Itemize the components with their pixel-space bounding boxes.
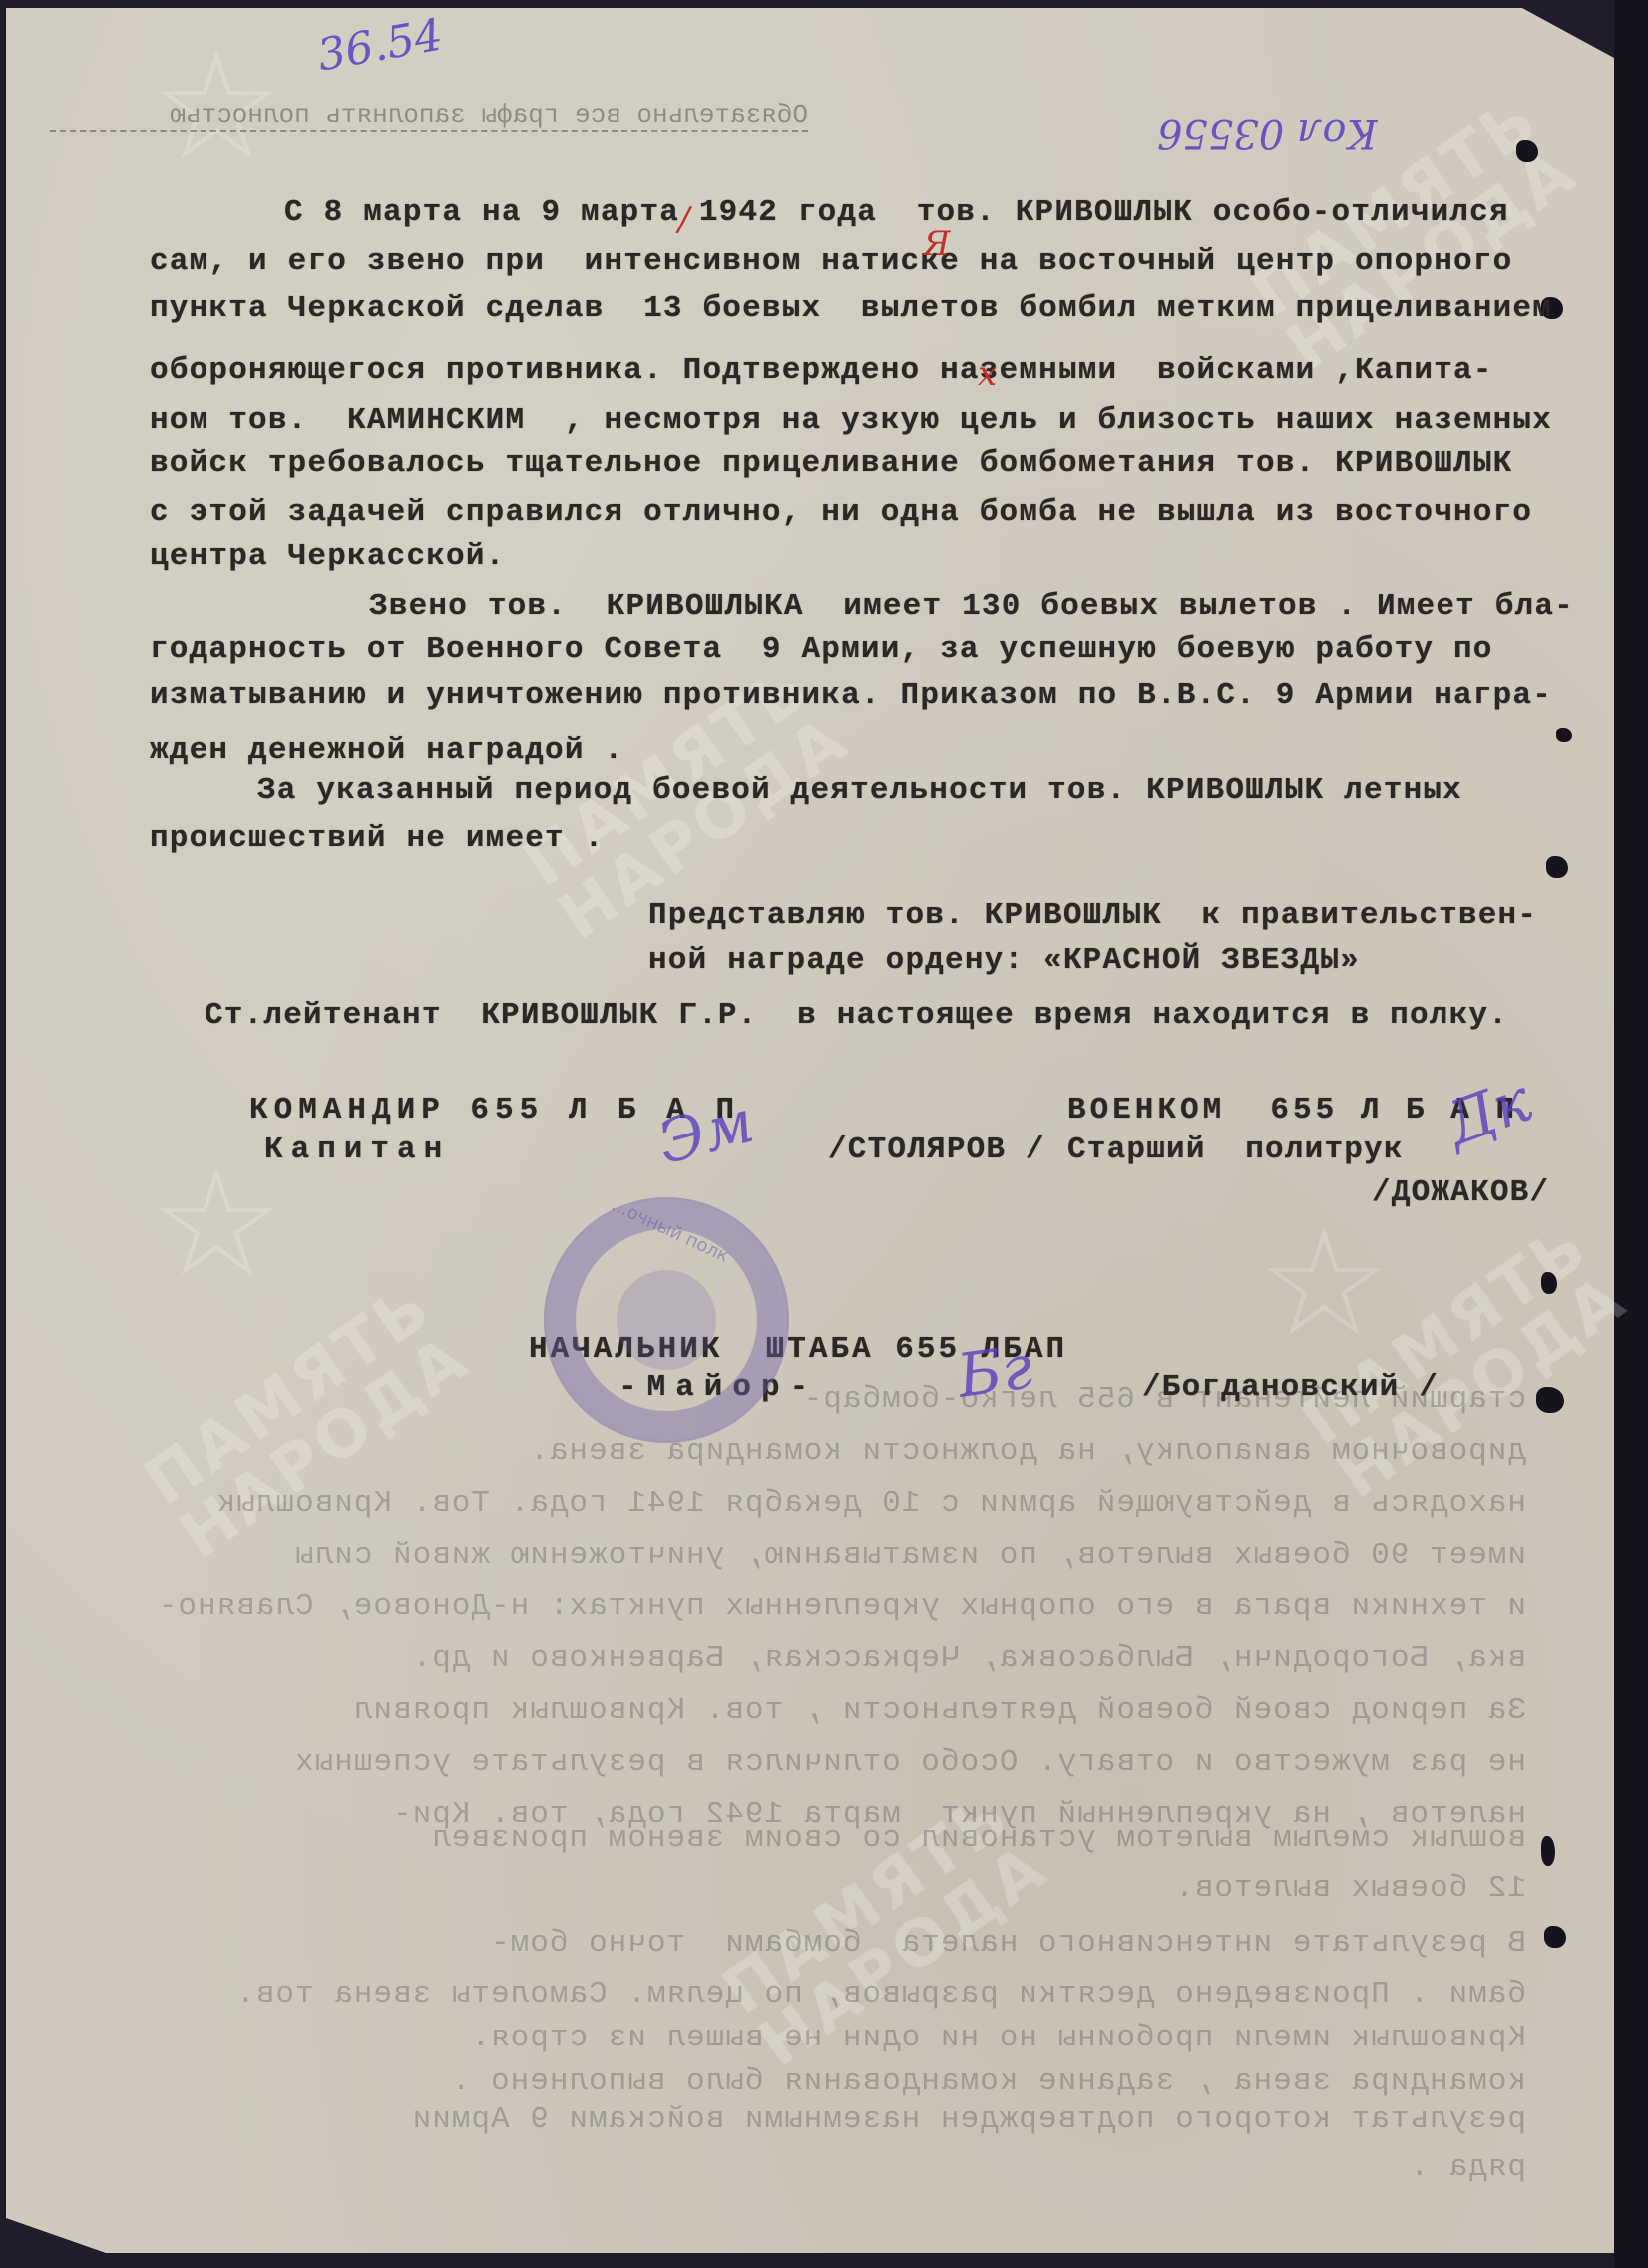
commissar-name: /ДОЖАКОВ/ [1372, 1175, 1549, 1210]
body-line: За указанный период боевой деятельности … [257, 773, 1462, 808]
punch-hole [1536, 1387, 1564, 1413]
body-line: С 8 марта на 9 марта 1942 года тов. КРИВ… [284, 195, 1509, 229]
body-line: сам, и его звено при интенсивном натиске… [150, 244, 1512, 279]
body-line: пункта Черкаской сделав 13 боевых вылето… [150, 291, 1552, 326]
body-line: центра Черкасской. [150, 539, 505, 574]
body-line: Звено тов. КРИВОШЛЫКА имеет 130 боевых в… [369, 589, 1574, 624]
commander-name: /СТОЛЯРОВ / [828, 1133, 1045, 1167]
red-correction-mark: / [678, 200, 689, 239]
body-line: годарность от Военного Совета 9 Армии, з… [150, 632, 1493, 667]
punch-hole [1541, 1272, 1557, 1294]
chief-of-staff-name: /Богдановский / [1142, 1370, 1439, 1405]
body-line: войск требовалось тщательное прицеливани… [150, 446, 1512, 481]
punch-hole [1544, 1926, 1566, 1948]
body-line: Представляю тов. КРИВОШЛЫК к правительст… [648, 898, 1537, 933]
chief-of-staff-signature: Бг [953, 1332, 1035, 1412]
red-correction-mark: х [978, 354, 997, 394]
punch-hole [1516, 140, 1538, 162]
body-line: ном тов. КАМИНСКИМ , несмотря на узкую ц… [150, 403, 1552, 438]
archive-number-handwritten: Кол 03556 [1157, 110, 1377, 156]
document-page [6, 8, 1614, 2253]
red-correction-mark: Я [923, 225, 950, 264]
official-stamp: ...очный полк [544, 1197, 789, 1443]
commissar-rank: Старший политрук [1067, 1133, 1404, 1167]
body-line: с этой задачей справился отлично, ни одн… [150, 495, 1532, 530]
body-line: жден денежной наградой . [150, 733, 623, 768]
scan-border [1614, 0, 1648, 2268]
stamp-emblem [617, 1270, 716, 1370]
body-line: обороняющегося противника. Подтверждено … [150, 353, 1493, 388]
status-line: Ст.лейтенант КРИВОШЛЫК Г.Р. в настоящее … [205, 998, 1508, 1033]
body-line: происшествий не имеет . [150, 821, 604, 856]
body-line: изматыванию и уничтожению противника. Пр… [150, 679, 1552, 713]
punch-hole [1546, 856, 1568, 878]
punch-hole [1556, 728, 1572, 742]
commander-rank: Капитан [264, 1133, 450, 1167]
punch-hole [1541, 1836, 1555, 1866]
form-header-mirrored: Обязательно все графы заполнять полность… [50, 100, 808, 132]
award-line: ной награде ордену: «КРАСНОЙ ЗВЕЗДЫ» [648, 943, 1360, 978]
